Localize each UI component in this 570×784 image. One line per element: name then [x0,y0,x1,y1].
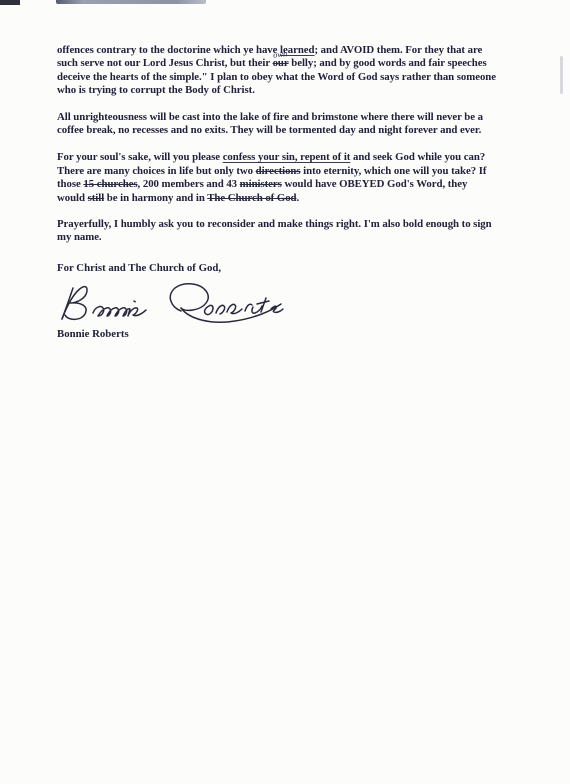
paragraph-doctrine: offences contrary to the doctorine which… [57,44,512,98]
struck-word: ministers [240,178,282,190]
letter-line: those 15 churches, 200 members and 43 mi… [57,178,512,191]
signature-drawing [57,278,293,324]
letter-text: deceive the hearts of the simple." I pla… [57,71,496,83]
letter-text: such serve not our Lord Jesus Christ, bu… [57,57,273,69]
letter-line: All unrighteousness will be cast into th… [57,111,512,124]
letter-text: Prayerfully, I humbly ask you to reconsi… [57,218,492,230]
handwritten-correction-group: ourown [273,57,289,70]
letter-text: those [57,178,83,190]
letter-line: coffee break, no recesses and no exits. … [57,124,512,137]
letter-text: belly; and by good words and fair speech… [289,57,487,69]
letter-text: my name. [57,231,102,243]
letter-text: offences contrary to the doctorine which… [57,44,280,56]
letter-line: deceive the hearts of the simple." I pla… [57,71,512,84]
letter-text: All unrighteousness will be cast into th… [57,111,483,123]
underlined-phrase: confess your sin, repent of it [223,151,351,163]
typed-signature-name: Bonnie Roberts [57,328,512,340]
letter-text: and seek God while you can? [350,151,485,163]
letter-text: into eternity, which one will you take? … [301,165,487,177]
struck-word: still [88,192,105,204]
paragraph-reconsider: Prayerfully, I humbly ask you to reconsi… [57,218,512,245]
handwritten-insert: own [272,49,287,59]
letter-line: such serve not our Lord Jesus Christ, bu… [57,57,512,70]
letter-line: would still be in harmony and in The Chu… [57,192,512,205]
paragraph-repent: For your soul's sake, will you please co… [57,151,512,205]
scanned-letter-page: offences contrary to the doctorine which… [0,0,570,784]
letter-text: There are many choices in life but only … [57,165,256,177]
letter-text: . [297,192,300,204]
letter-line: who is trying to corrupt the Body of Chr… [57,84,512,97]
letter-text: For your soul's sake, will you please [57,151,223,163]
scan-artifact-right-edge [560,56,563,94]
letter-text: coffee break, no recesses and no exits. … [57,124,481,136]
letter-text: be in harmony and in [104,192,207,204]
handwritten-signature [57,278,512,324]
letter-line: There are many choices in life but only … [57,165,512,178]
letter-line: For your soul's sake, will you please co… [57,151,512,164]
letter-text: , 200 members and 43 [138,178,240,190]
letter-text: would [57,192,88,204]
letter-line: my name. [57,231,512,244]
closing-line: For Christ and The Church of God, [57,262,512,275]
struck-word: directions [256,165,301,177]
letter-text: would have OBEYED God's Word, they [282,178,468,190]
struck-phrase: 15 churches [83,178,137,190]
letter-text: ; and AVOID them. For they that are [314,44,482,56]
paragraph-brimstone: All unrighteousness will be cast into th… [57,111,512,138]
letter-text: who is trying to corrupt the Body of Chr… [57,84,255,96]
struck-phrase: The Church of God [207,192,296,204]
letter-line: Prayerfully, I humbly ask you to reconsi… [57,218,512,231]
scan-artifact-top-bar [56,0,206,4]
scan-artifact-corner [0,0,20,5]
